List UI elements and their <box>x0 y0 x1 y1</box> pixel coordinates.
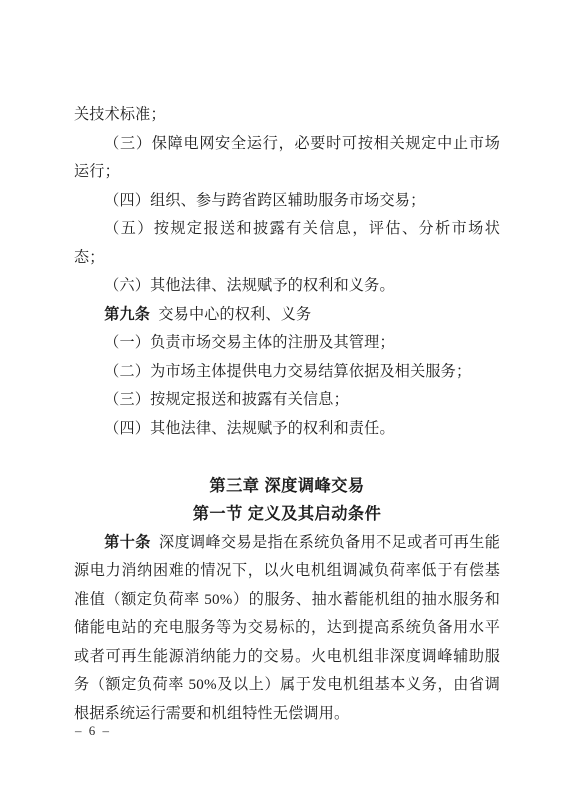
list-item: （三）按规定报送和披露有关信息； <box>74 386 500 415</box>
page-number: – 6 – <box>75 723 111 738</box>
list-item: （四）组织、参与跨省跨区辅助服务市场交易； <box>74 187 500 216</box>
list-item: （五）按规定报送和披露有关信息，评估、分析市场状态； <box>74 215 500 272</box>
spacer <box>74 443 500 472</box>
list-item: （四）其他法律、法规赋予的权利和责任。 <box>74 415 500 444</box>
article-9-heading: 第九条交易中心的权利、义务 <box>74 301 500 330</box>
list-item: （二）为市场主体提供电力交易结算依据及相关服务； <box>74 358 500 387</box>
list-item: （一）负责市场交易主体的注册及其管理； <box>74 329 500 358</box>
document-body: 关技术标准； （三）保障电网安全运行，必要时可按相关规定中止市场运行； （四）组… <box>74 101 500 728</box>
document-page: 关技术标准； （三）保障电网安全运行，必要时可按相关规定中止市场运行； （四）组… <box>0 0 566 800</box>
article-10-paragraph: 第十条深度调峰交易是指在系统负备用不足或者可再生能源电力消纳困难的情况下，以火电… <box>74 529 500 729</box>
article-9-title: 交易中心的权利、义务 <box>158 307 311 323</box>
article-10-number: 第十条 <box>104 535 151 551</box>
article-9-number: 第九条 <box>104 307 150 323</box>
list-item: （六）其他法律、法规赋予的权利和义务。 <box>74 272 500 301</box>
chapter-heading: 第三章 深度调峰交易 <box>74 472 500 501</box>
section-heading: 第一节 定义及其启动条件 <box>74 500 500 529</box>
list-item: （三）保障电网安全运行，必要时可按相关规定中止市场运行； <box>74 130 500 187</box>
paragraph-continuation: 关技术标准； <box>74 101 500 130</box>
article-10-body: 深度调峰交易是指在系统负备用不足或者可再生能源电力消纳困难的情况下，以火电机组调… <box>74 535 500 722</box>
